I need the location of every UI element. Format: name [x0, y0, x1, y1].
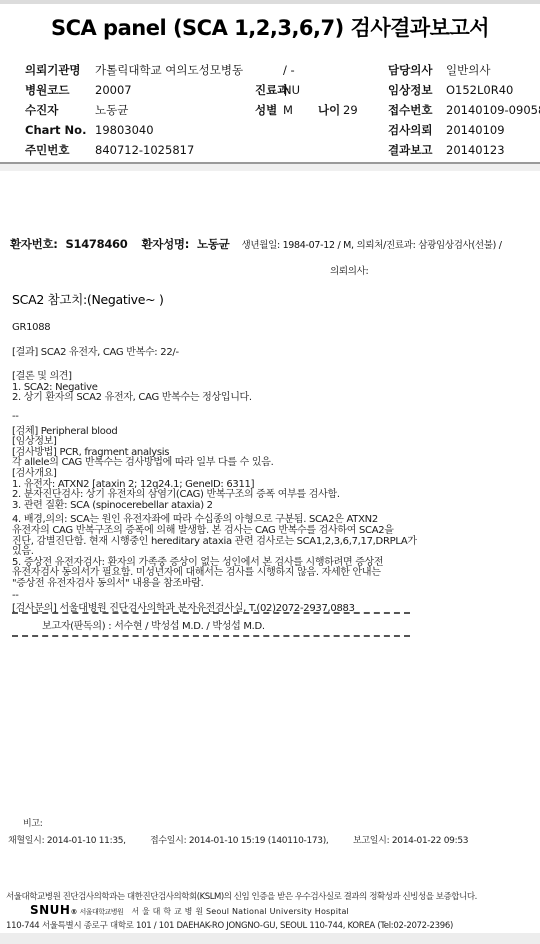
chart-no-value: 19803040	[95, 123, 255, 137]
report-line: GR1088	[12, 323, 534, 334]
chart-no-label: Chart No.	[25, 123, 95, 137]
doctor-label: 담당의사	[388, 62, 446, 78]
header-info-left: 의뢰기관명 가톨릭대학교 여의도성모병동 / - 병원코드 20007 진료과 …	[0, 60, 383, 160]
report-line: [검사개요]	[12, 469, 534, 480]
receive-datetime: 접수일시: 2014-01-10 15:19 (140110-173),	[150, 833, 353, 846]
request-date-value: 20140109	[446, 123, 505, 137]
accession-label: 접수번호	[388, 102, 446, 118]
hospital-logo-line: SNUH ® 서울대학교병원 서 울 대 학 교 병 원 Seoul Natio…	[30, 903, 538, 917]
info-row-request-date: 검사의뢰 20140109	[388, 120, 540, 140]
report-line: [검체] Peripheral blood	[12, 427, 534, 438]
rrn-label: 주민번호	[25, 142, 95, 158]
patient-no-label: 환자번호:	[10, 236, 58, 252]
info-row-doctor: 담당의사 일반의사	[388, 60, 540, 80]
rrn-value: 840712-1025817	[95, 143, 255, 157]
clinical-value: O152L0R40	[446, 83, 513, 97]
request-date-label: 검사의뢰	[388, 122, 446, 138]
section-divider	[0, 162, 540, 171]
accreditation-text: 서울대학교병원 진단검사의학과는 대한진단검사의학회(KSLM)의 신임 인증을…	[6, 890, 538, 902]
report-body: SCA2 참고치:(Negative~ ) GR1088 [결과] SCA2 유…	[12, 290, 534, 615]
result-date-label: 결과보고	[388, 142, 446, 158]
lab-report-page: SCA panel (SCA 1,2,3,6,7) 검사결과보고서 의뢰기관명 …	[0, 0, 540, 944]
info-row-accession: 접수번호 20140109-09058	[388, 100, 540, 120]
report-line: --	[12, 412, 534, 423]
hospital-code-value: 20007	[95, 83, 255, 97]
hospital-address: 110-744 서울특별시 종로구 대학로 101 / 101 DAEHAK-R…	[6, 919, 538, 931]
sex-value: M	[283, 103, 318, 117]
dept-value: NU	[283, 83, 318, 97]
report-line: "증상전 유전자검사 동의서" 내용을 참조바람.	[12, 579, 534, 590]
age-label: 나이	[318, 102, 343, 118]
info-row-result-date: 결과보고 20140123	[388, 140, 540, 160]
registered-mark-icon: ®	[70, 908, 77, 916]
patient-name-label: 환자성명:	[141, 236, 189, 252]
report-line: 각 allele의 CAG 반복수는 검사방법에 따라 일부 다를 수 있음.	[12, 458, 534, 469]
info-row-clinical: 임상정보 O152L0R40	[388, 80, 540, 100]
remarks-timestamps: 채혈일시: 2014-01-10 11:35, 접수일시: 2014-01-10…	[8, 833, 532, 846]
snuh-logo: SNUH	[30, 903, 70, 917]
snuh-logo-small-text: 서울대학교병원	[79, 907, 123, 917]
report-line: 3. 관련 질환: SCA (spinocerebellar ataxia) 2	[12, 501, 534, 512]
patient-no-value: S1478460	[66, 237, 128, 251]
result-date-value: 20140123	[446, 143, 505, 157]
hospital-code-label: 병원코드	[25, 82, 95, 98]
remarks-label: 비고:	[23, 816, 532, 829]
reporter-block: 보고자(판독의) : 서수현 / 박성섭 M.D. / 박성섭 M.D.	[12, 612, 410, 637]
referring-doctor-label: 의뢰의사:	[330, 263, 368, 277]
collect-datetime: 채혈일시: 2014-01-10 11:35,	[8, 833, 150, 846]
doctor-value: 일반의사	[446, 62, 490, 78]
bottom-border-band	[0, 933, 540, 944]
info-row-rrn: 주민번호 840712-1025817	[0, 140, 383, 160]
org-label: 의뢰기관명	[25, 62, 95, 78]
report-datetime: 보고일시: 2014-01-22 09:53	[353, 833, 468, 846]
report-line: 유전자의 CAG 반복구조의 증폭에 의해 발생함. 본 검사는 CAG 반복수…	[12, 526, 534, 537]
dashed-divider	[12, 635, 410, 637]
info-row-org: 의뢰기관명 가톨릭대학교 여의도성모병동 / -	[0, 60, 383, 80]
patient-value: 노동균	[95, 102, 255, 118]
clinical-label: 임상정보	[388, 82, 446, 98]
patient-name-value: 노동균	[197, 236, 229, 252]
footer: 서울대학교병원 진단검사의학과는 대한진단검사의학회(KSLM)의 신임 인증을…	[6, 890, 538, 931]
patient-meta: 생년월일: 1984-07-12 / M, 의뢰처/진료과: 삼광임상검사(선불…	[241, 237, 501, 251]
report-line: [결과] SCA2 유전자, CAG 반복수: 22/-	[12, 348, 534, 359]
org-value: 가톨릭대학교 여의도성모병동	[95, 62, 255, 78]
hospital-name-text: 서 울 대 학 교 병 원 Seoul National University …	[131, 906, 349, 917]
info-row-chart: Chart No. 19803040	[0, 120, 383, 140]
report-line: --	[12, 591, 534, 602]
patient-label: 수진자	[25, 102, 95, 118]
remarks-block: 비고: 채혈일시: 2014-01-10 11:35, 접수일시: 2014-0…	[8, 816, 532, 846]
header-info-right: 담당의사 일반의사 임상정보 O152L0R40 접수번호 20140109-0…	[388, 60, 540, 160]
org-extra: / -	[283, 63, 318, 77]
reporter-names: 보고자(판독의) : 서수현 / 박성섭 M.D. / 박성섭 M.D.	[12, 614, 410, 635]
info-row-patient: 수진자 노동균 성별 M 나이 29	[0, 100, 383, 120]
reference-range-title: SCA2 참고치:(Negative~ )	[12, 290, 534, 308]
top-border-band	[0, 0, 540, 4]
report-line: 진단, 감별진단함. 현재 시행중인 hereditary ataxia 관련 …	[12, 537, 534, 548]
dept-label: 진료과	[255, 82, 283, 98]
info-row-hospital-code: 병원코드 20007 진료과 NU	[0, 80, 383, 100]
patient-bar: 환자번호: S1478460 환자성명: 노동균 생년월일: 1984-07-1…	[10, 236, 538, 252]
age-value: 29	[343, 103, 383, 117]
accession-value: 20140109-09058	[446, 103, 540, 117]
page-title: SCA panel (SCA 1,2,3,6,7) 검사결과보고서	[0, 12, 540, 42]
report-line: 2. 상기 환자의 SCA2 유전자, CAG 반복수는 정상입니다.	[12, 393, 534, 404]
sex-label: 성별	[255, 102, 283, 118]
